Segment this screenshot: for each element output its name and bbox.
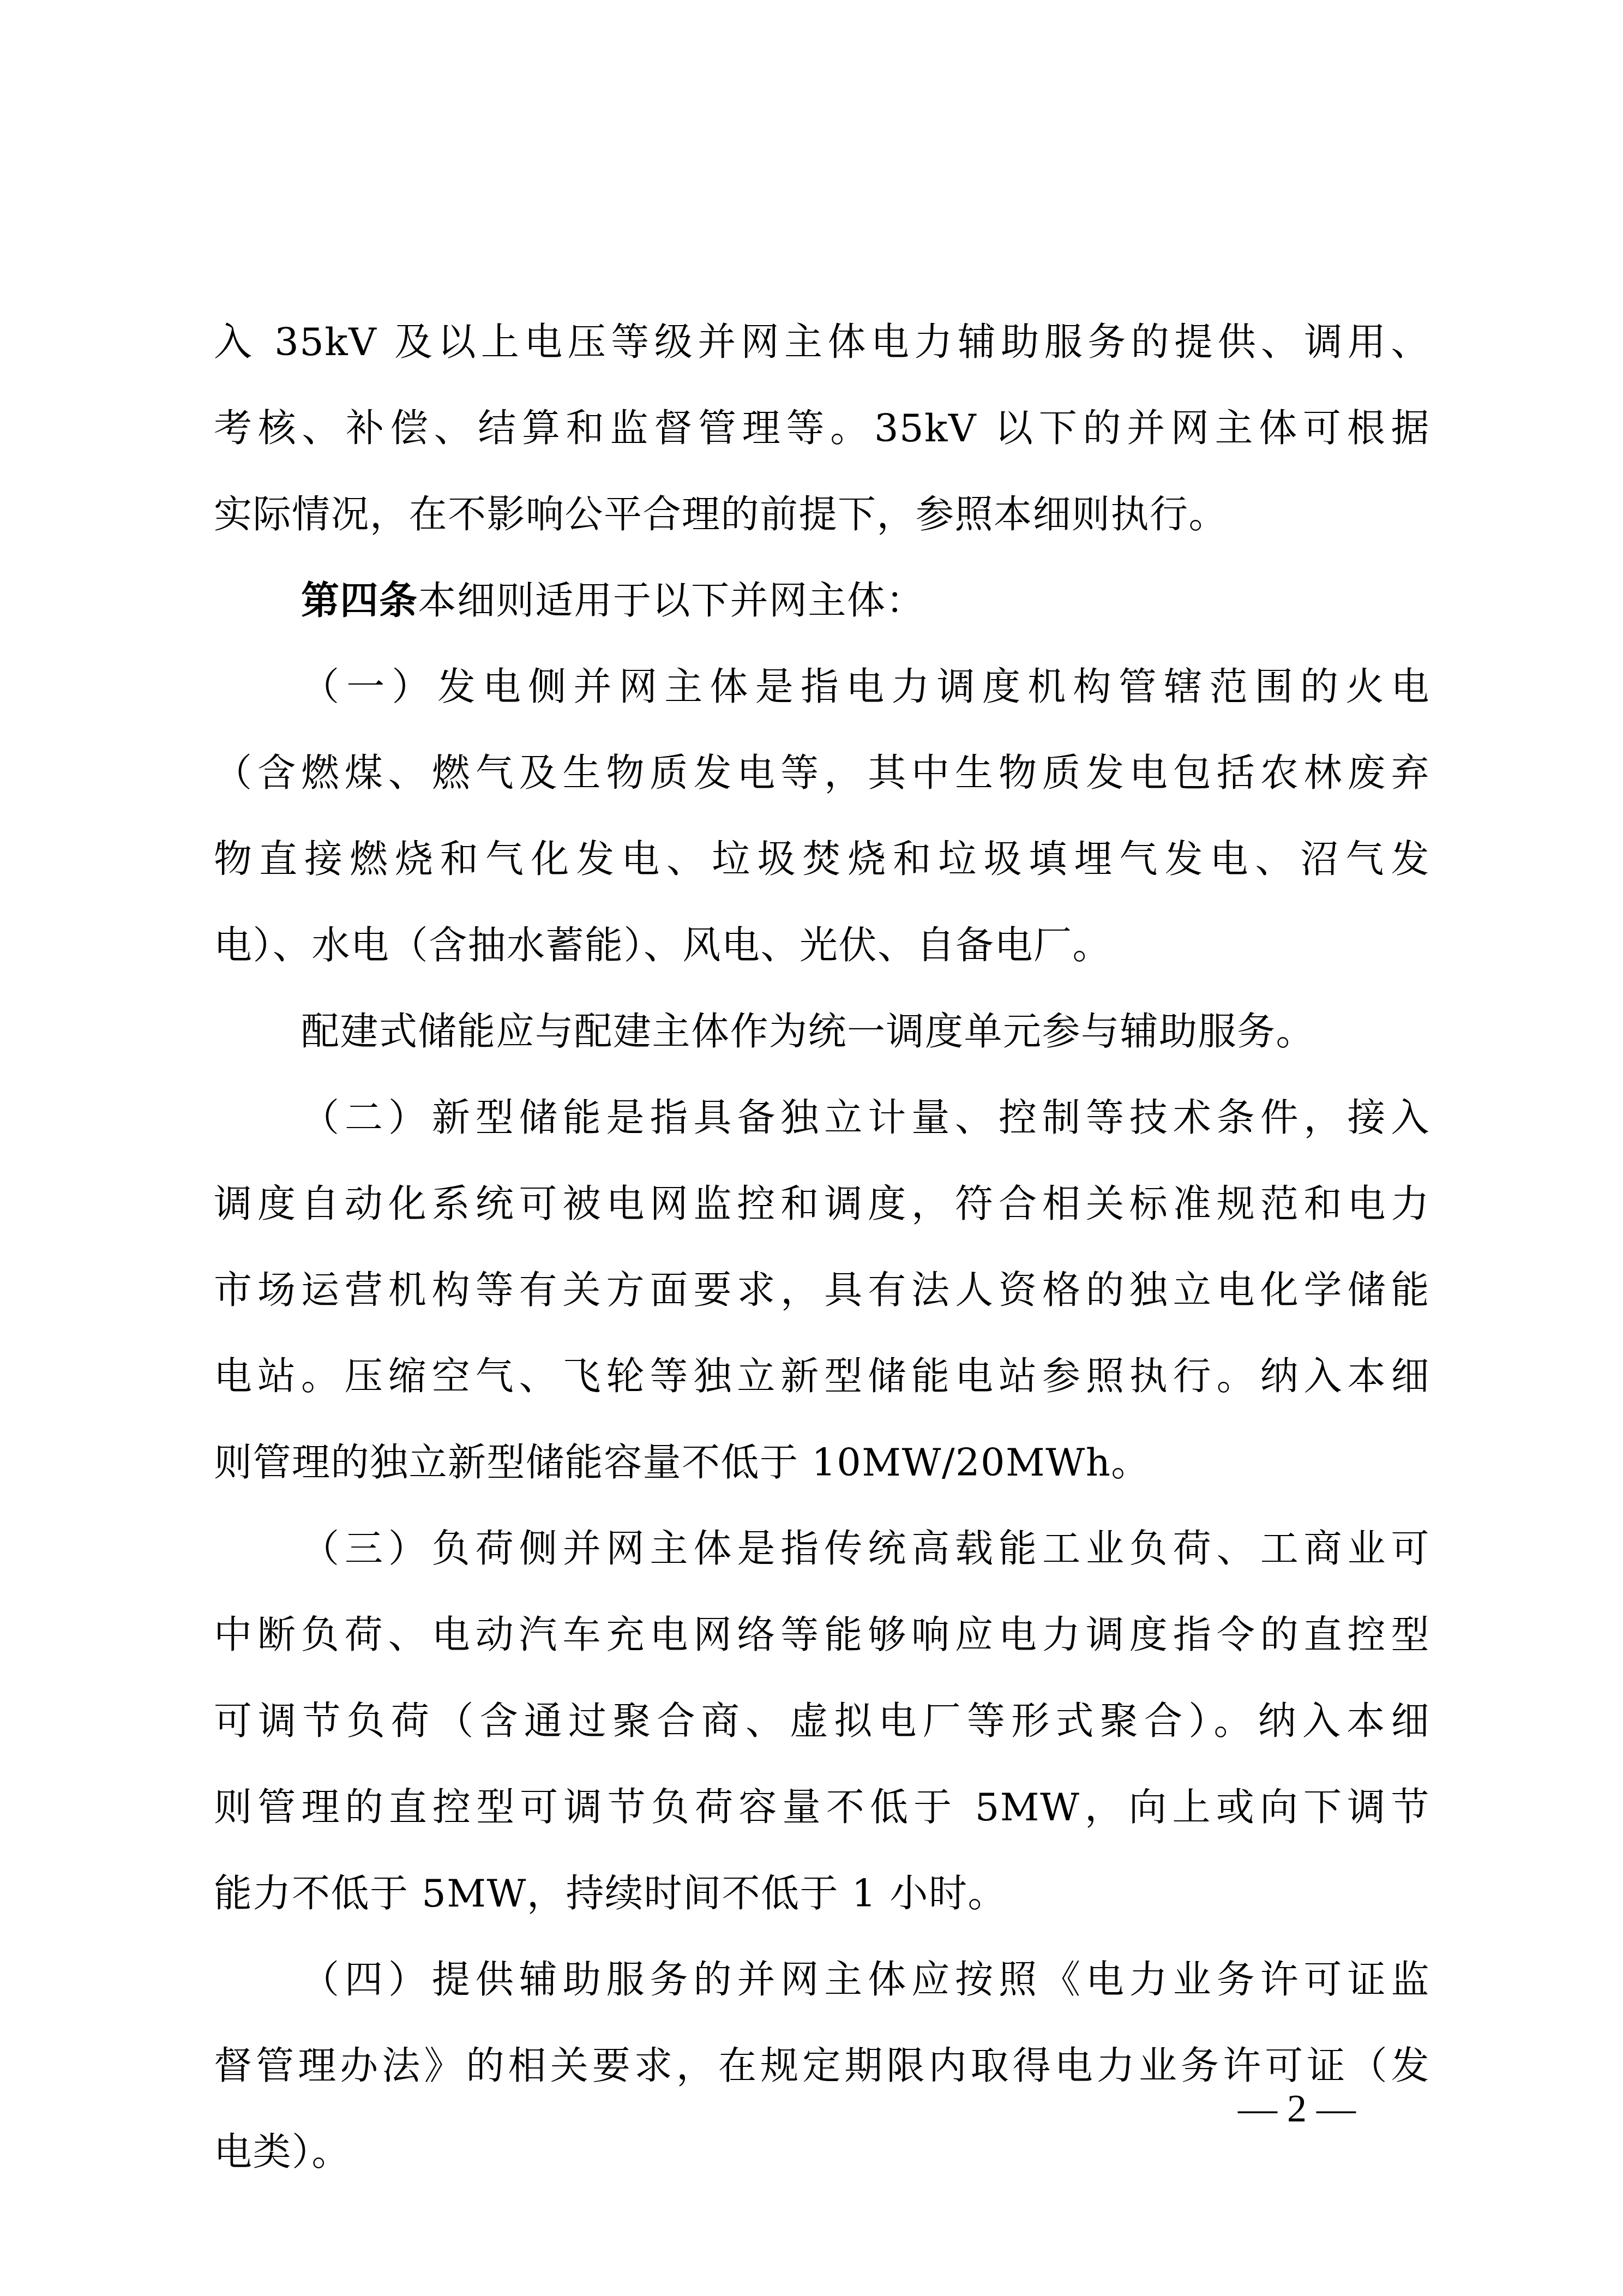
text-line: 则管理的独立新型储能容量不低于 10MW/20MWh。 — [214, 1419, 1430, 1506]
text-line: 配建式储能应与配建主体作为统一调度单元参与辅助服务。 — [214, 988, 1430, 1075]
paragraph-scope-continued: 入 35kV 及以上电压等级并网主体电力辅助服务的提供、调用、 考核、补偿、结算… — [214, 299, 1430, 557]
text-line: 市场运营机构等有关方面要求，具有法人资格的独立电化学储能 — [214, 1247, 1430, 1333]
text-line: 中断负荷、电动汽车充电网络等能够响应电力调度指令的直控型 — [214, 1592, 1430, 1678]
article-text: 本细则适用于以下并网主体： — [418, 578, 925, 623]
text-line: 入 35kV 及以上电压等级并网主体电力辅助服务的提供、调用、 — [214, 299, 1430, 385]
article-label: 第四条 — [301, 578, 418, 623]
text-line: 电站。压缩空气、飞轮等独立新型储能电站参照执行。纳入本细 — [214, 1333, 1430, 1419]
text-line: 电）、水电（含抽水蓄能）、风电、光伏、自备电厂。 — [214, 902, 1430, 988]
article-4-heading: 第四条本细则适用于以下并网主体： — [214, 557, 1430, 644]
text-line: （二）新型储能是指具备独立计量、控制等技术条件，接入 — [214, 1075, 1430, 1161]
text-line: （含燃煤、燃气及生物质发电等，其中生物质发电包括农林废弃 — [214, 730, 1430, 816]
text-line: （四）提供辅助服务的并网主体应按照《电力业务许可证监 — [214, 1937, 1430, 2023]
document-body: 入 35kV 及以上电压等级并网主体电力辅助服务的提供、调用、 考核、补偿、结算… — [214, 299, 1430, 2195]
paragraph-item-3: （三）负荷侧并网主体是指传统高载能工业负荷、工商业可 中断负荷、电动汽车充电网络… — [214, 1506, 1430, 1937]
text-line: 可调节负荷（含通过聚合商、虚拟电厂等形式聚合）。纳入本细 — [214, 1678, 1430, 1764]
text-line: 考核、补偿、结算和监督管理等。35kV 以下的并网主体可根据 — [214, 385, 1430, 471]
paragraph-item-1-note: 配建式储能应与配建主体作为统一调度单元参与辅助服务。 — [214, 988, 1430, 1075]
text-line: 能力不低于 5MW，持续时间不低于 1 小时。 — [214, 1850, 1430, 1937]
text-line: （一）发电侧并网主体是指电力调度机构管辖范围的火电 — [214, 644, 1430, 730]
text-line: 实际情况，在不影响公平合理的前提下，参照本细则执行。 — [214, 471, 1430, 557]
text-line: 物直接燃烧和气化发电、垃圾焚烧和垃圾填埋气发电、沼气发 — [214, 816, 1430, 902]
paragraph-item-1: （一）发电侧并网主体是指电力调度机构管辖范围的火电 （含燃煤、燃气及生物质发电等… — [214, 644, 1430, 988]
paragraph-item-2: （二）新型储能是指具备独立计量、控制等技术条件，接入 调度自动化系统可被电网监控… — [214, 1075, 1430, 1506]
text-line: 则管理的直控型可调节负荷容量不低于 5MW，向上或向下调节 — [214, 1764, 1430, 1850]
text-line: 调度自动化系统可被电网监控和调度，符合相关标准规范和电力 — [214, 1161, 1430, 1247]
paragraph-item-4: （四）提供辅助服务的并网主体应按照《电力业务许可证监 督管理办法》的相关要求，在… — [214, 1937, 1430, 2195]
text-line: （三）负荷侧并网主体是指传统高载能工业负荷、工商业可 — [214, 1506, 1430, 1592]
page-number: — 2 — — [1238, 2084, 1356, 2133]
